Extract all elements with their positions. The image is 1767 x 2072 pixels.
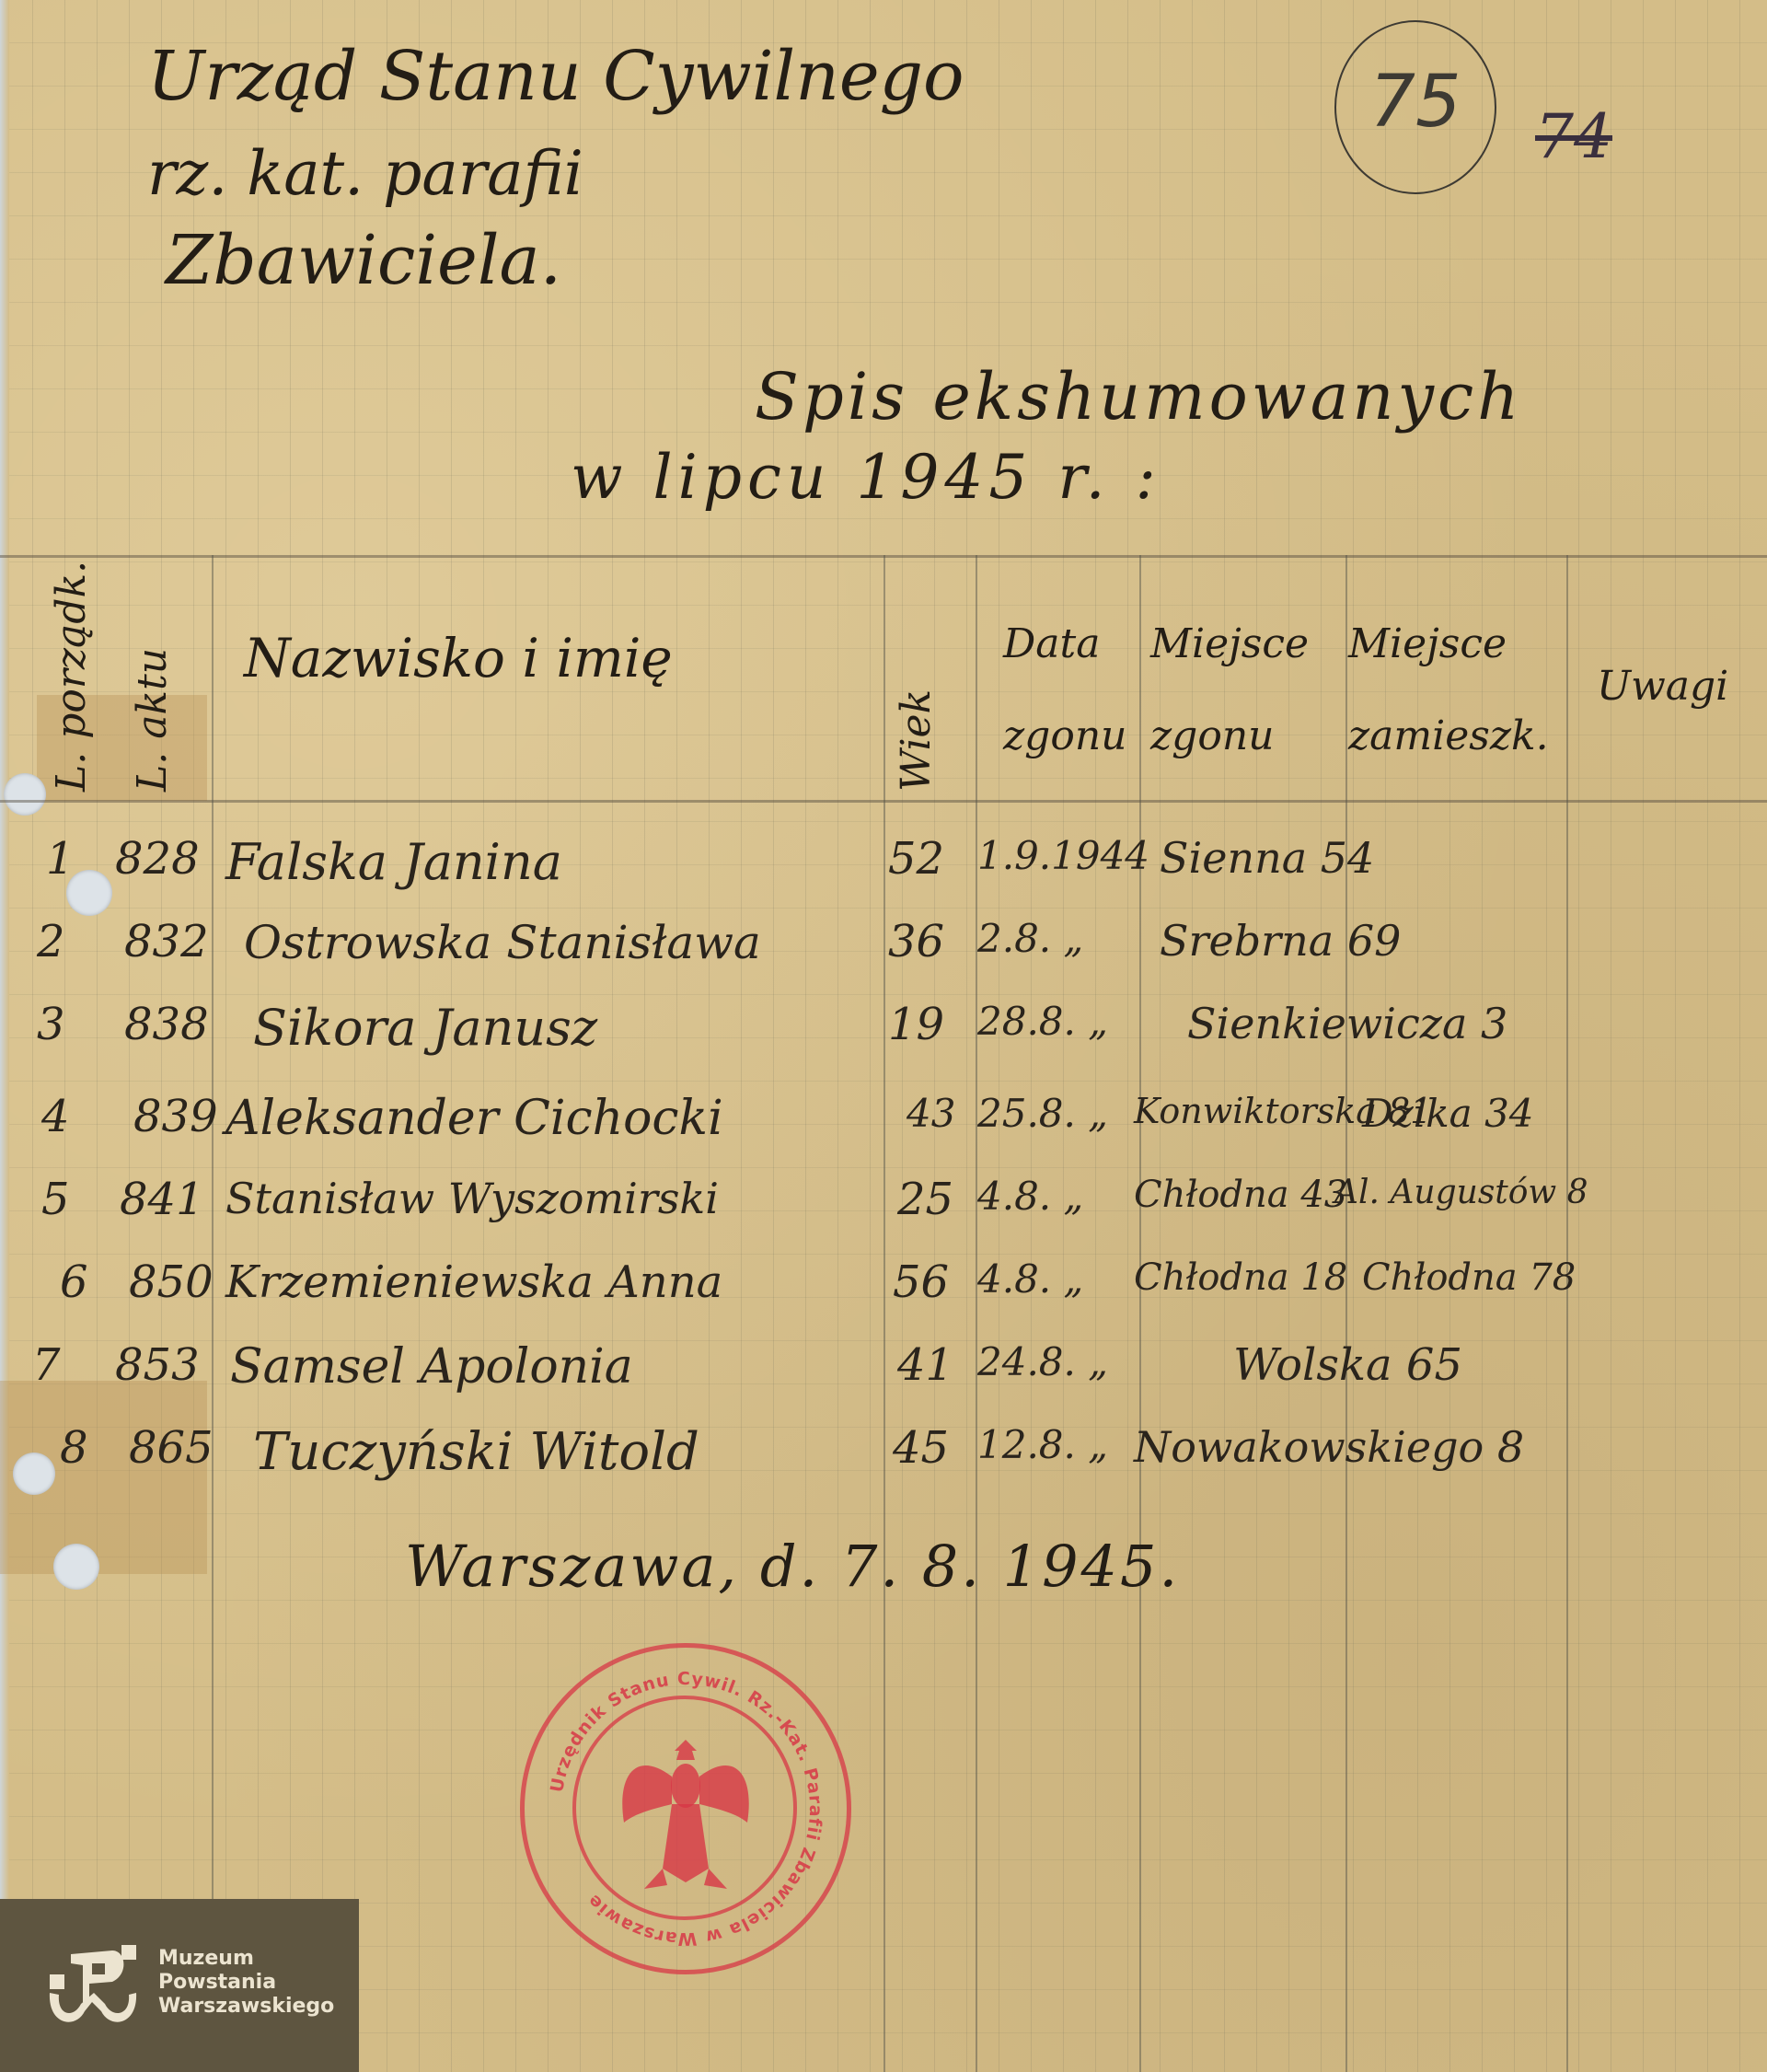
cell-name: Krzemieniewska Anna	[225, 1256, 722, 1308]
cell-act: 841	[120, 1174, 204, 1225]
cell-death-place: Chłodna 18	[1134, 1256, 1347, 1299]
museum-name: Muzeum Powstania Warszawskiego	[158, 1947, 334, 2019]
museum-name-line3: Warszawskiego	[158, 1995, 334, 2019]
col-header-death-date: Data zgonu	[1003, 598, 1132, 782]
punch-hole	[53, 1544, 99, 1590]
cell-death-date: 25.8. „	[977, 1091, 1108, 1136]
column-divider	[1345, 555, 1347, 2072]
cell-act: 850	[129, 1256, 214, 1308]
cell-no: 8	[60, 1422, 88, 1474]
cell-name: Stanisław Wyszomirski	[225, 1174, 719, 1223]
document-title: Spis ekshumowanych	[755, 359, 1522, 434]
anchor-logo-icon	[48, 1938, 149, 2039]
cell-age: 19	[888, 999, 944, 1050]
column-divider	[1139, 555, 1141, 2072]
cell-act: 853	[115, 1339, 200, 1391]
col-header-no: L. porządk.	[48, 561, 95, 792]
cell-death-date: 28.8. „	[977, 999, 1108, 1044]
cell-death-date: 4.8. „	[977, 1256, 1083, 1302]
cell-death-date: 12.8. „	[977, 1422, 1108, 1467]
punch-hole	[13, 1453, 55, 1495]
column-divider	[883, 555, 885, 2072]
cell-age: 25	[897, 1174, 953, 1225]
cell-death-date: 4.8. „	[977, 1174, 1083, 1219]
col-header-age: Wiek	[893, 689, 940, 792]
place-and-date: Warszawa, d. 7. 8. 1945.	[405, 1533, 1180, 1600]
cell-no: 4	[41, 1091, 70, 1142]
folio-circle: 75	[1334, 20, 1496, 194]
museum-watermark: Muzeum Powstania Warszawskiego	[0, 1899, 359, 2072]
cell-age: 43	[907, 1091, 955, 1136]
cell-age: 45	[893, 1422, 949, 1474]
col-header-residence: Miejsce zamieszk.	[1348, 598, 1565, 782]
cell-death-place: Sienna 54	[1160, 833, 1374, 883]
cell-death-date: 24.8. „	[977, 1339, 1108, 1384]
cell-death-date: 1.9.1944	[977, 833, 1149, 878]
col-header-death-place: Miejsce zgonu	[1150, 598, 1334, 782]
paper-edge	[0, 0, 9, 2072]
cell-act: 838	[124, 999, 209, 1050]
cell-no: 7	[32, 1339, 61, 1391]
col-header-act: L. aktu	[129, 648, 176, 792]
museum-name-line1: Muzeum	[158, 1947, 334, 1971]
cell-act: 839	[133, 1091, 218, 1142]
cell-act: 832	[124, 916, 209, 967]
col-header-name: Nazwisko i imię	[244, 626, 759, 690]
cell-no: 2	[37, 916, 65, 967]
cell-no: 3	[37, 999, 65, 1050]
cell-age: 41	[897, 1339, 953, 1391]
cell-death-date: 2.8. „	[977, 916, 1083, 961]
cell-age: 52	[888, 833, 944, 885]
corner-mark: 74	[1535, 101, 1612, 172]
cell-residence: Srebrna 69	[1160, 916, 1401, 966]
cell-residence: Wolska 65	[1233, 1339, 1462, 1391]
column-divider	[212, 555, 214, 2072]
cell-name: Ostrowska Stanisława	[244, 916, 761, 969]
cell-no: 5	[41, 1174, 70, 1225]
office-name-line3: Zbawiciela.	[166, 221, 561, 300]
folio-number: 75	[1336, 61, 1495, 144]
cell-act: 828	[115, 833, 200, 885]
cell-death-place: Chłodna 43	[1134, 1174, 1347, 1216]
cell-no: 1	[46, 833, 75, 885]
cell-name: Aleksander Cichocki	[225, 1091, 723, 1146]
cell-age: 36	[888, 916, 944, 967]
official-stamp: Urzędnik Stanu Cywil. Rz.-Kat. Parafii Z…	[520, 1643, 851, 1974]
eagle-emblem-icon: Urzędnik Stanu Cywil. Rz.-Kat. Parafii Z…	[525, 1648, 847, 1970]
document-subtitle: w lipcu 1945 r. :	[571, 442, 1161, 513]
cell-name: Sikora Janusz	[253, 999, 597, 1057]
cell-residence: Sienkiewicza 3	[1187, 999, 1507, 1048]
cell-name: Tuczyński Witold	[253, 1422, 699, 1482]
cell-age: 56	[893, 1256, 949, 1308]
cell-no: 6	[60, 1256, 88, 1308]
office-name-line2: rz. kat. parafii	[147, 138, 583, 209]
punch-hole	[4, 773, 46, 816]
column-divider	[1566, 555, 1568, 2072]
cell-act: 865	[129, 1422, 214, 1474]
museum-name-line2: Powstania	[158, 1971, 334, 1995]
cell-residence: Chłodna 78	[1362, 1256, 1576, 1299]
cell-name: Falska Janina	[225, 833, 562, 891]
office-name-line1: Urząd Stanu Cywilnego	[147, 37, 964, 116]
col-header-notes: Uwagi	[1597, 663, 1728, 710]
column-divider	[976, 555, 977, 2072]
cell-name: Samsel Apolonia	[230, 1339, 633, 1395]
archival-document: Urząd Stanu Cywilnego rz. kat. parafii Z…	[0, 0, 1767, 2072]
cell-death-place: Nowakowskiego 8	[1134, 1422, 1524, 1472]
cell-residence: Dzika 34	[1362, 1091, 1534, 1136]
cell-residence: Al. Augustów 8	[1334, 1174, 1588, 1211]
